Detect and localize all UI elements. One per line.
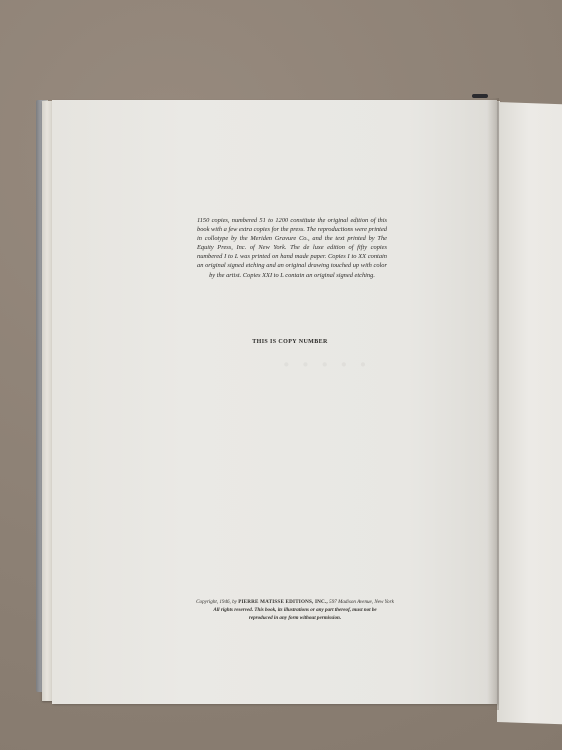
copyright-notice: Copyright, 1946, by PIERRE MATISSE EDITI… [150, 598, 440, 623]
publisher-name: PIERRE MATISSE EDITIONS, INC., [238, 599, 328, 605]
copyright-line-2: All rights reserved. This book, its illu… [150, 606, 440, 614]
copyright-line-3: reproduced in any form without permissio… [150, 614, 440, 622]
right-page [497, 102, 562, 725]
headband [472, 94, 488, 98]
show-through-text: · · · · · [282, 350, 369, 380]
copyright-prefix: Copyright, 1946, by [196, 599, 238, 605]
spine-shadow [487, 98, 499, 710]
colophon-text: 1150 copies, numbered 51 to 1200 constit… [197, 216, 387, 280]
publisher-address: 597 Madison Avenue, New York [328, 599, 394, 605]
copyright-line-1: Copyright, 1946, by PIERRE MATISSE EDITI… [150, 598, 440, 606]
copy-number-label: THIS IS COPY NUMBER [200, 339, 380, 345]
